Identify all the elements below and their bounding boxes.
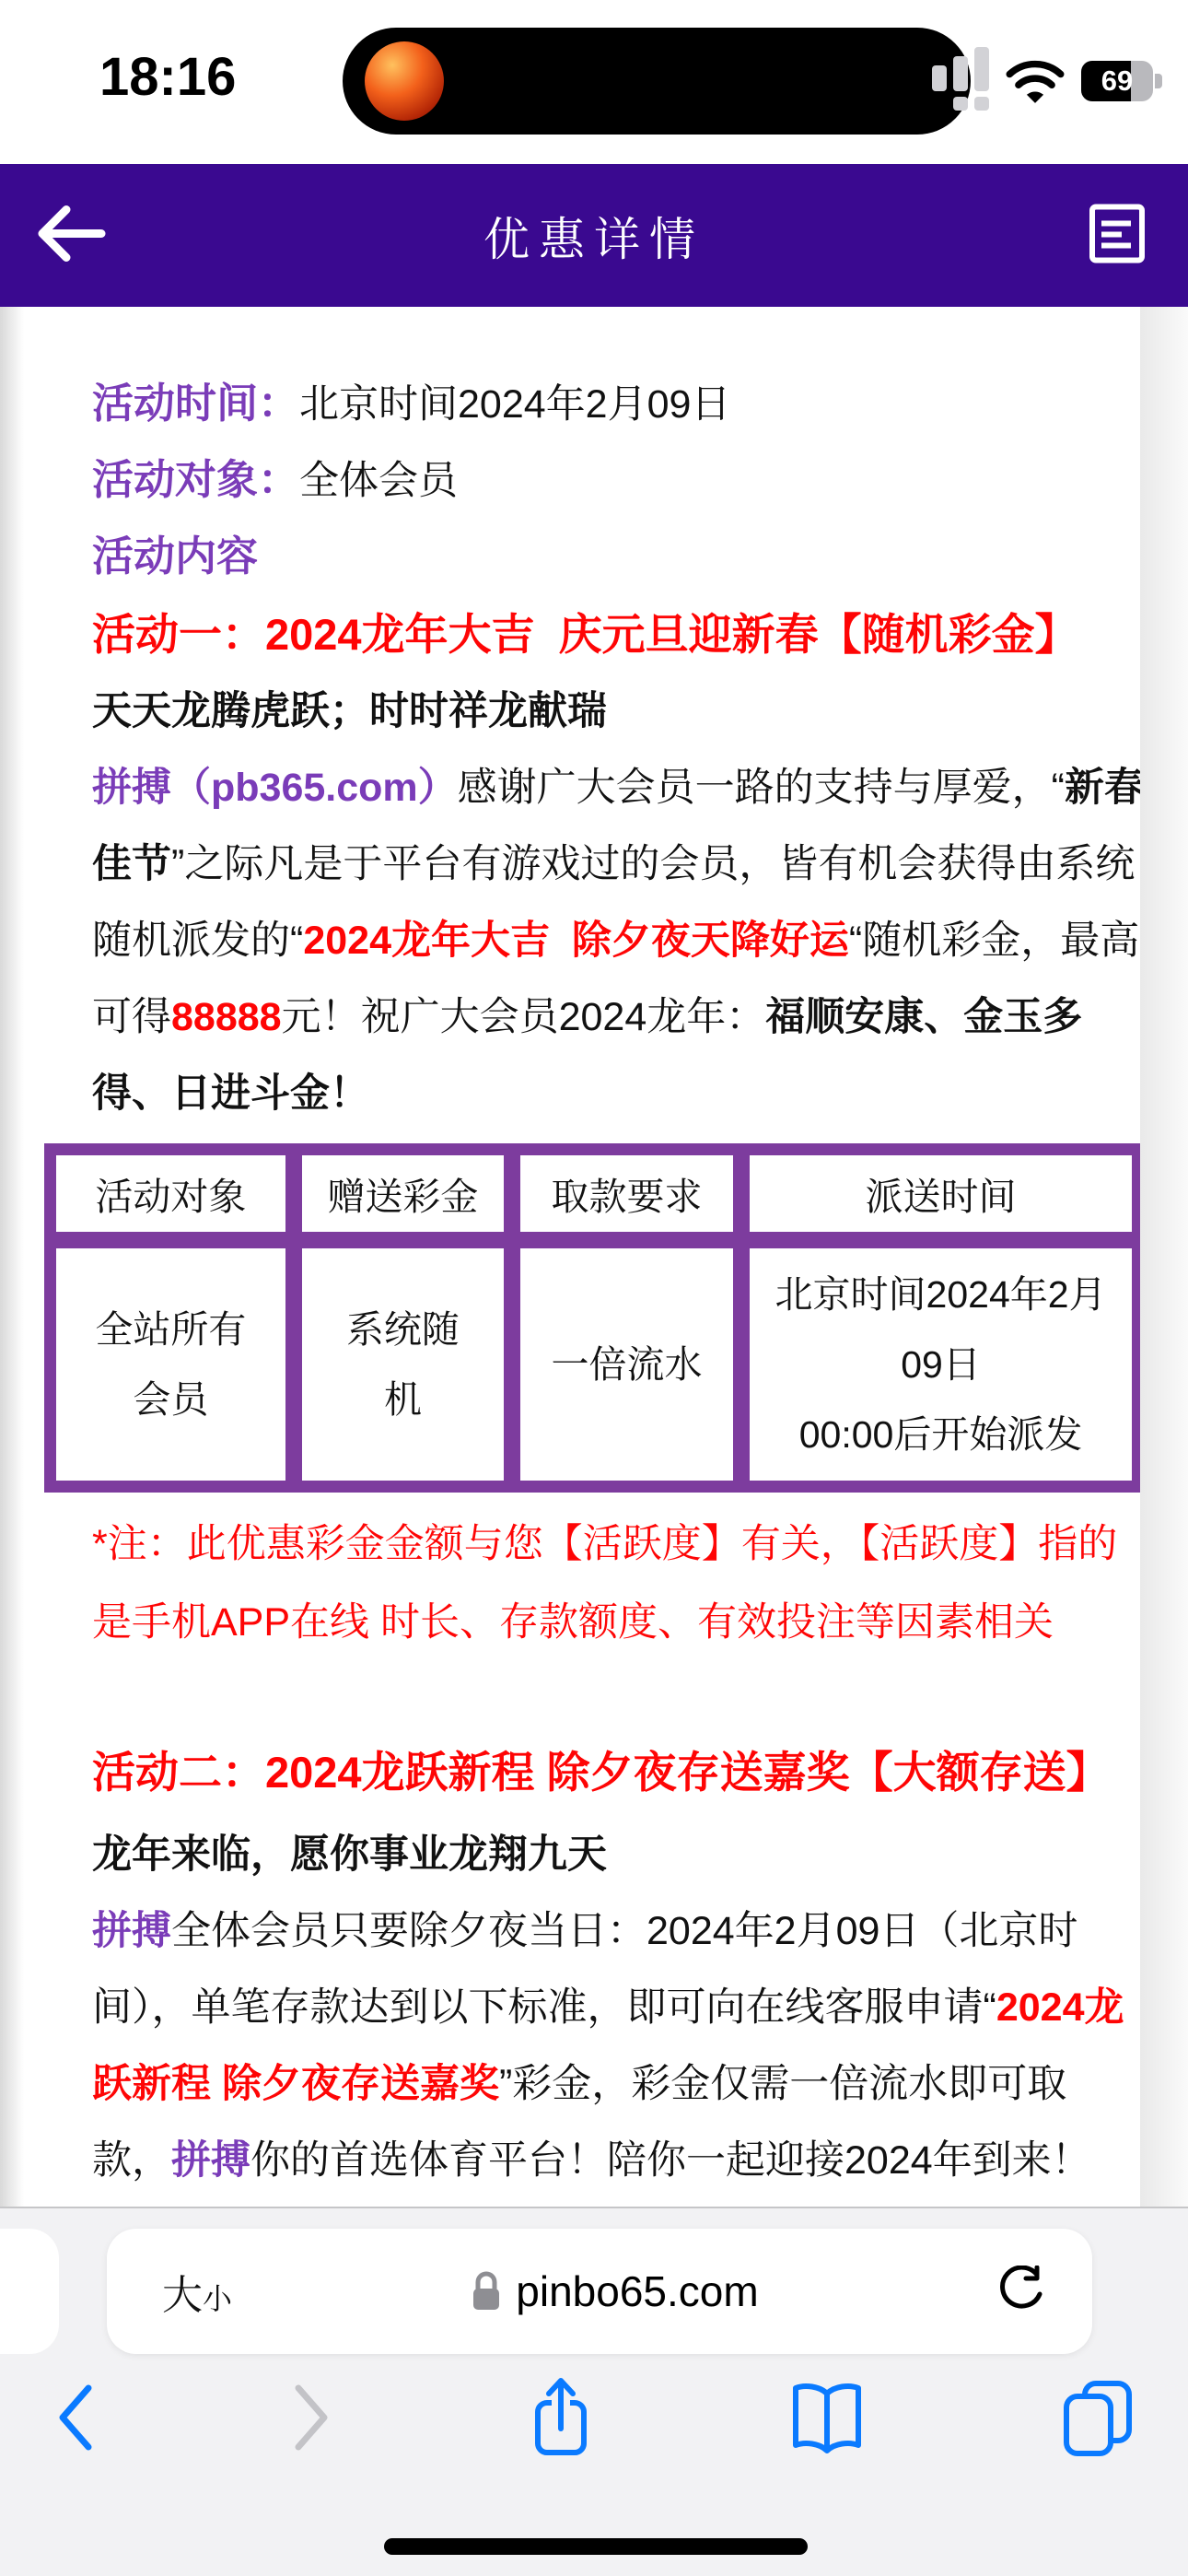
activity-time-value: 北京时间2024年2月09日 xyxy=(299,382,730,427)
activity-content-label: 活动内容 xyxy=(92,533,258,580)
address-bar[interactable]: 大小 pinbo65.com xyxy=(107,2229,1092,2354)
reload-icon xyxy=(996,2266,1044,2317)
back-chevron-icon xyxy=(53,2383,96,2453)
brand-name: 拼搏 xyxy=(171,2138,250,2183)
status-bar: 18:16 69 xyxy=(0,0,1188,164)
activity-content-line: 活动内容 xyxy=(92,519,1144,595)
tabs-button[interactable] xyxy=(1061,2378,1135,2457)
activity-target-label: 活动对象： xyxy=(92,456,299,503)
brand-name: 拼搏 xyxy=(92,1909,171,1953)
page-right-shadow xyxy=(1140,307,1188,2207)
back-button[interactable] xyxy=(35,204,107,267)
promo-table-data-row: 全站所有 会员 系统随 机 一倍流水 北京时间2024年2月 09日 00:00… xyxy=(48,1240,1140,1489)
status-clock: 18:16 xyxy=(99,46,236,108)
cell-delivery: 北京时间2024年2月 09日 00:00后开始派发 xyxy=(741,1240,1140,1489)
promo-table-header-row: 活动对象 赠送彩金 取款要求 派送时间 xyxy=(48,1147,1140,1240)
browser-bottom-bar: 大小 pinbo65.com xyxy=(0,2207,1188,2576)
activity2-heading: 活动二：2024龙跃新程 除夕夜存送嘉奖【大额存送】 xyxy=(92,1728,1144,1817)
status-icons: 69 xyxy=(911,52,1162,111)
activity2-slogan: 龙年来临，愿你事业龙翔九天 xyxy=(92,1817,1144,1893)
col-header-withdraw: 取款要求 xyxy=(512,1147,741,1240)
col-header-audience: 活动对象 xyxy=(48,1147,294,1240)
url-text: pinbo65.com xyxy=(516,2266,758,2316)
browser-toolbar xyxy=(0,2367,1188,2468)
list-icon xyxy=(1089,203,1146,263)
bookmarks-button[interactable] xyxy=(788,2381,866,2454)
battery-icon: 69 xyxy=(1081,61,1162,101)
bookmarks-book-icon xyxy=(788,2381,866,2454)
col-header-bonus: 赠送彩金 xyxy=(294,1147,512,1240)
forward-nav-button[interactable] xyxy=(291,2383,333,2453)
activity-target-line: 活动对象：全体会员 xyxy=(92,442,1144,519)
share-icon xyxy=(529,2375,593,2460)
activity2-paragraph: 拼搏全体会员只要除夕夜当日：2024年2月09日（北京时间），单笔存款达到以下标… xyxy=(92,1893,1144,2199)
cell-withdraw: 一倍流水 xyxy=(512,1240,741,1489)
activity1-paragraph: 拼搏（pb365.com）感谢广大会员一路的支持与厚爱，“新春佳节”之际凡是于平… xyxy=(92,750,1144,1132)
cellular-signal-icon xyxy=(911,52,989,111)
nav-bar: 优惠详情 xyxy=(0,164,1188,307)
dynamic-island[interactable] xyxy=(343,28,971,135)
tabs-icon xyxy=(1061,2378,1135,2457)
activity1-slogan: 天天龙腾虎跃；时时祥龙献瑞 xyxy=(92,673,1144,750)
share-button[interactable] xyxy=(529,2375,593,2460)
lock-icon xyxy=(470,2269,503,2313)
forward-chevron-icon xyxy=(291,2383,333,2453)
activity1-heading: 活动一：2024龙年大吉 庆元旦迎新春【随机彩金】 xyxy=(92,595,1144,673)
reload-button[interactable] xyxy=(996,2266,1044,2317)
activity1-note: *注：此优惠彩金金额与您【活跃度】有关，【活跃度】指的是手机APP在线 时长、存… xyxy=(92,1505,1144,1662)
page-left-shadow xyxy=(0,307,24,2207)
cell-bonus: 系统随 机 xyxy=(294,1240,512,1489)
page-title: 优惠详情 xyxy=(483,203,705,269)
cell-audience: 全站所有 会员 xyxy=(48,1240,294,1489)
url-display[interactable]: pinbo65.com xyxy=(232,2266,996,2316)
promo-page-content: 活动时间：北京时间2024年2月09日 活动对象：全体会员 活动内容 活动一：2… xyxy=(0,307,1188,2207)
promo-table: 活动对象 赠送彩金 取款要求 派送时间 全站所有 会员 系统随 机 一倍流水 xyxy=(44,1143,1144,1493)
battery-percent: 69 xyxy=(1081,61,1153,101)
text-size-control[interactable]: 大小 xyxy=(162,2262,232,2321)
activity-target-value: 全体会员 xyxy=(299,459,458,503)
media-artwork xyxy=(365,41,444,121)
back-nav-button[interactable] xyxy=(53,2383,96,2453)
activity-time-line: 活动时间：北京时间2024年2月09日 xyxy=(92,366,1144,442)
activity-time-label: 活动时间： xyxy=(92,380,299,427)
back-arrow-icon xyxy=(35,204,107,263)
adjacent-tab-peek[interactable] xyxy=(0,2229,59,2354)
detail-menu-button[interactable] xyxy=(1089,203,1146,268)
section-gap xyxy=(44,1662,1144,1728)
brand-link[interactable]: 拼搏（pb365.com） xyxy=(92,766,458,810)
home-indicator[interactable] xyxy=(384,2538,808,2555)
wifi-icon xyxy=(1006,58,1065,104)
col-header-delivery: 派送时间 xyxy=(741,1147,1140,1240)
